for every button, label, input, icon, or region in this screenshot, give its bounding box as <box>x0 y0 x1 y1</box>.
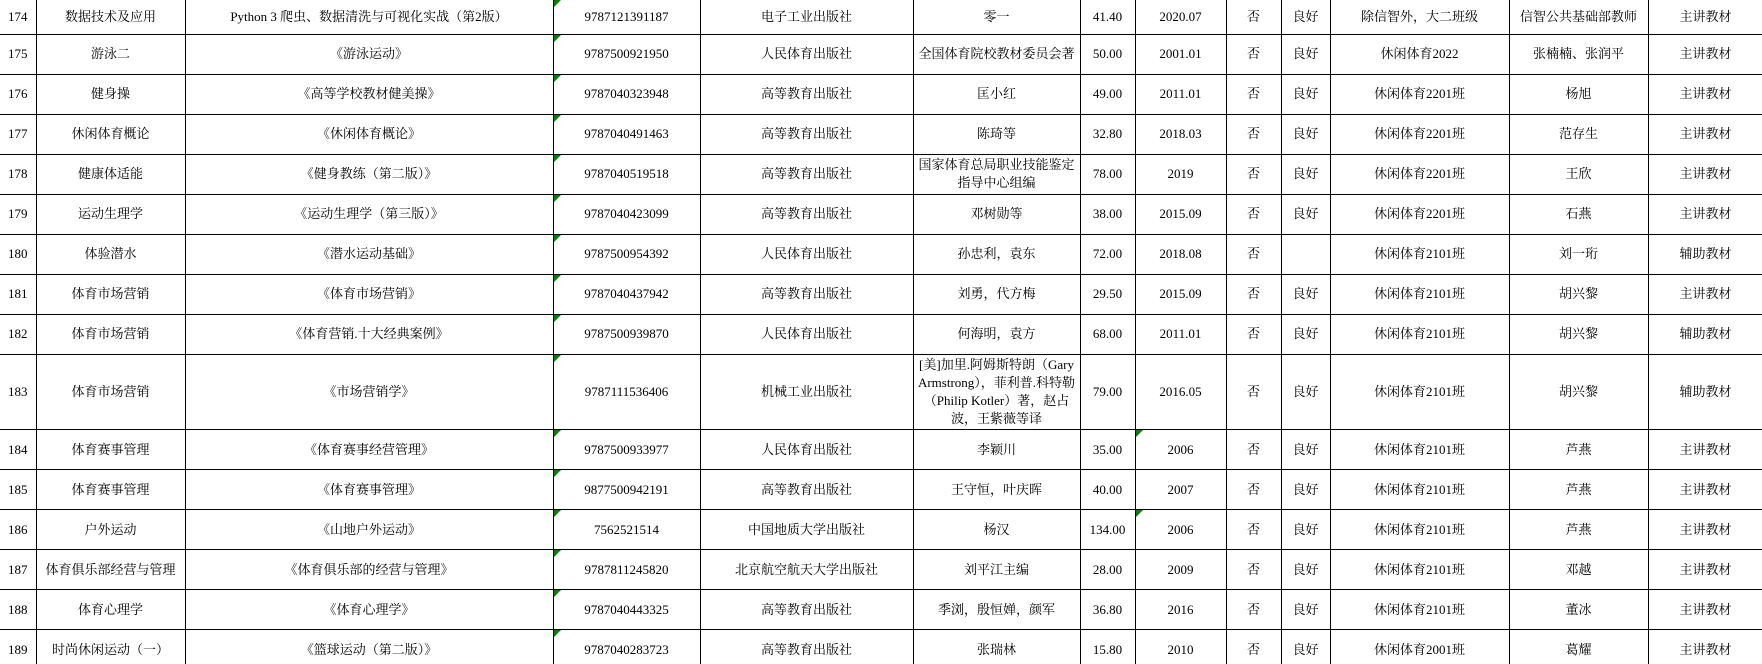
cell-author-text: 匡小红 <box>977 86 1016 101</box>
cell-repurchase-text: 否 <box>1247 562 1260 577</box>
cell-row-number-text: 177 <box>8 126 28 141</box>
cell-condition[interactable]: 良好 <box>1281 590 1330 630</box>
cell-repurchase-text: 否 <box>1247 442 1260 457</box>
cell-price[interactable]: 36.80 <box>1080 590 1135 630</box>
cell-isbn-text: 9787111536406 <box>585 384 669 399</box>
cell-isbn[interactable]: 9787040491463 <box>553 114 700 154</box>
cell-isbn[interactable]: 9787500939870 <box>553 314 700 354</box>
cell-material-type-text: 主讲教材 <box>1679 562 1731 577</box>
cell-author[interactable]: 邓树勋等 <box>913 194 1080 234</box>
cell-course-name[interactable]: 体育赛事管理 <box>36 470 185 510</box>
cell-row-number[interactable]: 181 <box>0 274 36 314</box>
cell-publisher[interactable]: 电子工业出版社 <box>700 0 913 34</box>
cell-publisher[interactable]: 人民体育出版社 <box>700 34 913 74</box>
cell-course-name[interactable]: 时尚休闲运动（一） <box>36 630 185 664</box>
cell-publish-date[interactable]: 2006 <box>1135 430 1226 470</box>
number-stored-as-text-flag-icon <box>554 75 561 82</box>
cell-book-title[interactable]: 《市场营销学》 <box>185 354 553 430</box>
cell-isbn[interactable]: 9787040423099 <box>553 194 700 234</box>
cell-teacher-name[interactable]: 芦燕 <box>1509 430 1648 470</box>
cell-row-number-text: 189 <box>8 642 28 657</box>
cell-isbn[interactable]: 9787811245820 <box>553 550 700 590</box>
cell-course-name[interactable]: 运动生理学 <box>36 194 185 234</box>
cell-repurchase-text: 否 <box>1247 384 1260 399</box>
cell-class-name[interactable]: 休闲体育2201班 <box>1330 74 1509 114</box>
cell-teacher-name[interactable]: 董冰 <box>1509 590 1648 630</box>
cell-material-type[interactable]: 主讲教材 <box>1648 74 1762 114</box>
number-stored-as-text-flag-icon <box>554 315 561 322</box>
cell-condition[interactable]: 良好 <box>1281 354 1330 430</box>
cell-isbn[interactable]: 9787500921950 <box>553 34 700 74</box>
cell-repurchase-text: 否 <box>1247 286 1260 301</box>
cell-class-name[interactable]: 休闲体育2101班 <box>1330 470 1509 510</box>
cell-price[interactable]: 38.00 <box>1080 194 1135 234</box>
cell-publish-date-text: 2016 <box>1168 602 1194 617</box>
cell-class-name[interactable]: 休闲体育2101班 <box>1330 354 1509 430</box>
cell-row-number[interactable]: 175 <box>0 34 36 74</box>
cell-row-number-text: 179 <box>8 206 28 221</box>
cell-class-name-text: 休闲体育2201班 <box>1374 206 1465 221</box>
cell-class-name[interactable]: 除信智外，大二班级 <box>1330 0 1509 34</box>
cell-row-number[interactable]: 183 <box>0 354 36 430</box>
cell-publisher[interactable]: 高等教育出版社 <box>700 630 913 664</box>
cell-price[interactable]: 72.00 <box>1080 234 1135 274</box>
cell-row-number[interactable]: 184 <box>0 430 36 470</box>
cell-publish-date[interactable]: 2001.01 <box>1135 34 1226 74</box>
cell-teacher-name[interactable]: 葛耀 <box>1509 630 1648 664</box>
cell-condition[interactable]: 良好 <box>1281 34 1330 74</box>
spreadsheet-viewport: 174数据技术及应用Python 3 爬虫、数据清洗与可视化实战（第2版）978… <box>0 0 1762 664</box>
cell-row-number[interactable]: 179 <box>0 194 36 234</box>
cell-course-name[interactable]: 体育心理学 <box>36 590 185 630</box>
cell-condition[interactable]: 良好 <box>1281 510 1330 550</box>
table-row: 181体育市场营销《体育市场营销》9787040437942高等教育出版社刘勇，… <box>0 274 1762 314</box>
cell-repurchase[interactable]: 否 <box>1226 194 1281 234</box>
cell-publisher[interactable]: 高等教育出版社 <box>700 470 913 510</box>
cell-book-title[interactable]: 《山地户外运动》 <box>185 510 553 550</box>
cell-publisher[interactable]: 高等教育出版社 <box>700 114 913 154</box>
cell-condition[interactable]: 良好 <box>1281 194 1330 234</box>
cell-material-type[interactable]: 主讲教材 <box>1648 470 1762 510</box>
cell-price-text: 134.00 <box>1090 522 1126 537</box>
cell-book-title-text: 《体育营销.十大经典案例》 <box>289 326 448 341</box>
cell-publisher-text: 人民体育出版社 <box>761 246 852 261</box>
cell-author[interactable]: 何海明，袁方 <box>913 314 1080 354</box>
cell-repurchase[interactable]: 否 <box>1226 590 1281 630</box>
cell-price[interactable]: 68.00 <box>1080 314 1135 354</box>
cell-course-name[interactable]: 体育俱乐部经营与管理 <box>36 550 185 590</box>
cell-publisher-text: 高等教育出版社 <box>761 286 852 301</box>
cell-material-type[interactable]: 主讲教材 <box>1648 34 1762 74</box>
cell-publisher[interactable]: 北京航空航天大学出版社 <box>700 550 913 590</box>
cell-author[interactable]: [美]加里.阿姆斯特朗（Gary Armstrong），菲利普.科特勒（Phil… <box>913 354 1080 430</box>
cell-class-name-text: 休闲体育2201班 <box>1374 86 1465 101</box>
cell-price[interactable]: 32.80 <box>1080 114 1135 154</box>
cell-publish-date[interactable]: 2011.01 <box>1135 314 1226 354</box>
cell-class-name[interactable]: 休闲体育2101班 <box>1330 510 1509 550</box>
cell-isbn[interactable]: 9787040437942 <box>553 274 700 314</box>
cell-class-name-text: 休闲体育2201班 <box>1374 166 1465 181</box>
cell-material-type[interactable]: 主讲教材 <box>1648 274 1762 314</box>
cell-book-title[interactable]: Python 3 爬虫、数据清洗与可视化实战（第2版） <box>185 0 553 34</box>
cell-author[interactable]: 季浏，殷恒婵，颜军 <box>913 590 1080 630</box>
cell-book-title-text: 《篮球运动（第二版）》 <box>301 642 438 657</box>
cell-material-type[interactable]: 主讲教材 <box>1648 154 1762 194</box>
cell-price-text: 32.80 <box>1093 126 1122 141</box>
cell-teacher-name-text: 信智公共基础部教师 <box>1520 9 1637 24</box>
cell-teacher-name-text: 刘一珩 <box>1559 246 1598 261</box>
cell-repurchase[interactable]: 否 <box>1226 354 1281 430</box>
cell-row-number[interactable]: 182 <box>0 314 36 354</box>
cell-book-title[interactable]: 《体育赛事管理》 <box>185 470 553 510</box>
cell-isbn[interactable]: 9787040323948 <box>553 74 700 114</box>
cell-material-type[interactable]: 主讲教材 <box>1648 0 1762 34</box>
cell-repurchase[interactable]: 否 <box>1226 0 1281 34</box>
cell-course-name-text: 体验潜水 <box>84 246 136 261</box>
cell-publish-date[interactable]: 2016.05 <box>1135 354 1226 430</box>
cell-repurchase[interactable]: 否 <box>1226 550 1281 590</box>
cell-book-title-text: 《健身教练（第二版）》 <box>301 166 438 181</box>
cell-material-type[interactable]: 主讲教材 <box>1648 430 1762 470</box>
cell-class-name[interactable]: 休闲体育2101班 <box>1330 430 1509 470</box>
cell-condition-text: 良好 <box>1292 46 1318 61</box>
cell-row-number[interactable]: 188 <box>0 590 36 630</box>
cell-publish-date[interactable]: 2015.09 <box>1135 274 1226 314</box>
cell-repurchase[interactable]: 否 <box>1226 154 1281 194</box>
cell-author[interactable]: 刘平江主编 <box>913 550 1080 590</box>
cell-material-type[interactable]: 主讲教材 <box>1648 194 1762 234</box>
cell-isbn-text: 7562521514 <box>594 522 659 537</box>
cell-author[interactable]: 全国体育院校教材委员会著 <box>913 34 1080 74</box>
cell-repurchase[interactable]: 否 <box>1226 234 1281 274</box>
cell-condition[interactable]: 良好 <box>1281 314 1330 354</box>
cell-class-name[interactable]: 休闲体育2201班 <box>1330 154 1509 194</box>
cell-repurchase[interactable]: 否 <box>1226 314 1281 354</box>
cell-repurchase[interactable]: 否 <box>1226 630 1281 664</box>
cell-row-number[interactable]: 178 <box>0 154 36 194</box>
cell-publisher[interactable]: 人民体育出版社 <box>700 234 913 274</box>
cell-publish-date[interactable]: 2006 <box>1135 510 1226 550</box>
cell-course-name[interactable]: 健身操 <box>36 74 185 114</box>
number-stored-as-text-flag-icon <box>554 0 561 7</box>
cell-class-name[interactable]: 休闲体育2101班 <box>1330 590 1509 630</box>
cell-class-name[interactable]: 休闲体育2201班 <box>1330 194 1509 234</box>
cell-row-number[interactable]: 177 <box>0 114 36 154</box>
cell-publish-date[interactable]: 2018.08 <box>1135 234 1226 274</box>
cell-publish-date-text: 2015.09 <box>1159 206 1201 221</box>
cell-book-title-text: 《体育赛事经营管理》 <box>304 442 434 457</box>
cell-book-title[interactable]: 《健身教练（第二版）》 <box>185 154 553 194</box>
cell-repurchase[interactable]: 否 <box>1226 470 1281 510</box>
cell-teacher-name[interactable]: 范存生 <box>1509 114 1648 154</box>
cell-price[interactable]: 78.00 <box>1080 154 1135 194</box>
cell-material-type[interactable]: 主讲教材 <box>1648 550 1762 590</box>
cell-row-number[interactable]: 176 <box>0 74 36 114</box>
cell-class-name-text: 休闲体育2101班 <box>1374 384 1465 399</box>
cell-price-text: 79.00 <box>1093 384 1122 399</box>
cell-price[interactable]: 28.00 <box>1080 550 1135 590</box>
cell-book-title[interactable]: 《体育心理学》 <box>185 590 553 630</box>
cell-teacher-name[interactable]: 胡兴黎 <box>1509 314 1648 354</box>
cell-publisher[interactable]: 人民体育出版社 <box>700 430 913 470</box>
cell-course-name[interactable]: 体育市场营销 <box>36 354 185 430</box>
cell-row-number-text: 187 <box>8 562 28 577</box>
number-stored-as-text-flag-icon <box>1136 430 1143 437</box>
cell-publish-date[interactable]: 2020.07 <box>1135 0 1226 34</box>
cell-condition-text: 良好 <box>1292 384 1318 399</box>
cell-publisher-text: 高等教育出版社 <box>761 206 852 221</box>
cell-course-name-text: 运动生理学 <box>78 206 143 221</box>
cell-condition[interactable]: 良好 <box>1281 154 1330 194</box>
cell-price[interactable]: 29.50 <box>1080 274 1135 314</box>
cell-teacher-name-text: 杨旭 <box>1565 86 1591 101</box>
cell-teacher-name[interactable]: 信智公共基础部教师 <box>1509 0 1648 34</box>
cell-author-text: 杨汉 <box>983 522 1009 537</box>
cell-condition[interactable]: 良好 <box>1281 430 1330 470</box>
cell-publish-date[interactable]: 2010 <box>1135 630 1226 664</box>
cell-class-name[interactable]: 休闲体育2101班 <box>1330 314 1509 354</box>
cell-isbn[interactable]: 9787040519518 <box>553 154 700 194</box>
cell-class-name[interactable]: 休闲体育2022 <box>1330 34 1509 74</box>
cell-isbn[interactable]: 7562521514 <box>553 510 700 550</box>
number-stored-as-text-flag-icon <box>554 115 561 122</box>
cell-isbn-text: 9787121391187 <box>584 9 668 24</box>
cell-author[interactable]: 杨汉 <box>913 510 1080 550</box>
cell-isbn-text: 9877500942191 <box>584 482 669 497</box>
cell-row-number-text: 184 <box>8 442 28 457</box>
cell-author[interactable]: 刘勇，代方梅 <box>913 274 1080 314</box>
cell-book-title[interactable]: 《体育市场营销》 <box>185 274 553 314</box>
cell-repurchase[interactable]: 否 <box>1226 34 1281 74</box>
cell-course-name-text: 时尚休闲运动（一） <box>52 642 169 657</box>
cell-publish-date[interactable]: 2018.03 <box>1135 114 1226 154</box>
cell-condition[interactable]: 良好 <box>1281 74 1330 114</box>
cell-book-title[interactable]: 《运动生理学（第三版）》 <box>185 194 553 234</box>
cell-book-title[interactable]: 《篮球运动（第二版）》 <box>185 630 553 664</box>
cell-publish-date[interactable]: 2009 <box>1135 550 1226 590</box>
cell-course-name[interactable]: 休闲体育概论 <box>36 114 185 154</box>
cell-publish-date[interactable]: 2015.09 <box>1135 194 1226 234</box>
cell-material-type[interactable]: 辅助教材 <box>1648 234 1762 274</box>
cell-price[interactable]: 79.00 <box>1080 354 1135 430</box>
cell-isbn[interactable]: 9787040443325 <box>553 590 700 630</box>
cell-row-number-text: 176 <box>8 86 28 101</box>
cell-material-type[interactable]: 主讲教材 <box>1648 630 1762 664</box>
cell-teacher-name[interactable]: 石燕 <box>1509 194 1648 234</box>
table-row: 178健康体适能《健身教练（第二版）》9787040519518高等教育出版社国… <box>0 154 1762 194</box>
cell-book-title-text: 《体育市场营销》 <box>317 286 421 301</box>
cell-publish-date[interactable]: 2019 <box>1135 154 1226 194</box>
cell-book-title-text: 《体育赛事管理》 <box>317 482 421 497</box>
cell-publisher-text: 高等教育出版社 <box>761 86 852 101</box>
cell-teacher-name-text: 胡兴黎 <box>1559 286 1598 301</box>
cell-course-name[interactable]: 健康体适能 <box>36 154 185 194</box>
cell-row-number-text: 178 <box>8 166 28 181</box>
cell-teacher-name[interactable]: 刘一珩 <box>1509 234 1648 274</box>
cell-price-text: 72.00 <box>1093 246 1122 261</box>
cell-book-title-text: Python 3 爬虫、数据清洗与可视化实战（第2版） <box>230 9 507 24</box>
cell-repurchase-text: 否 <box>1247 86 1260 101</box>
cell-author-text: 刘平江主编 <box>964 562 1029 577</box>
cell-price[interactable]: 40.00 <box>1080 470 1135 510</box>
cell-price[interactable]: 134.00 <box>1080 510 1135 550</box>
cell-teacher-name[interactable]: 张楠楠、张润平 <box>1509 34 1648 74</box>
cell-author[interactable]: 国家体育总局职业技能鉴定指导中心组编 <box>913 154 1080 194</box>
cell-publisher-text: 人民体育出版社 <box>761 442 852 457</box>
cell-condition[interactable]: 良好 <box>1281 0 1330 34</box>
cell-row-number-text: 180 <box>8 246 28 261</box>
cell-book-title[interactable]: 《休闲体育概论》 <box>185 114 553 154</box>
cell-author[interactable]: 孙忠利，袁东 <box>913 234 1080 274</box>
cell-class-name[interactable]: 休闲体育2001班 <box>1330 630 1509 664</box>
cell-class-name[interactable]: 休闲体育2201班 <box>1330 114 1509 154</box>
cell-condition[interactable]: 良好 <box>1281 470 1330 510</box>
cell-material-type[interactable]: 主讲教材 <box>1648 590 1762 630</box>
cell-condition[interactable] <box>1281 234 1330 274</box>
cell-material-type[interactable]: 主讲教材 <box>1648 510 1762 550</box>
cell-publisher[interactable]: 高等教育出版社 <box>700 154 913 194</box>
cell-author[interactable]: 李颖川 <box>913 430 1080 470</box>
cell-author[interactable]: 陈琦等 <box>913 114 1080 154</box>
cell-condition[interactable]: 良好 <box>1281 114 1330 154</box>
cell-class-name[interactable]: 休闲体育2101班 <box>1330 274 1509 314</box>
cell-teacher-name[interactable]: 胡兴黎 <box>1509 274 1648 314</box>
cell-price[interactable]: 41.40 <box>1080 0 1135 34</box>
cell-class-name[interactable]: 休闲体育2101班 <box>1330 234 1509 274</box>
cell-author-text: 王守恒，叶庆晖 <box>951 482 1042 497</box>
cell-author-text: 全国体育院校教材委员会著 <box>918 46 1074 61</box>
cell-row-number[interactable]: 174 <box>0 0 36 34</box>
cell-course-name[interactable]: 数据技术及应用 <box>36 0 185 34</box>
cell-book-title-text: 《体育心理学》 <box>323 602 414 617</box>
cell-material-type[interactable]: 辅助教材 <box>1648 354 1762 430</box>
cell-class-name-text: 休闲体育2101班 <box>1374 522 1465 537</box>
cell-condition-text: 良好 <box>1292 482 1318 497</box>
cell-repurchase[interactable]: 否 <box>1226 430 1281 470</box>
cell-publish-date[interactable]: 2007 <box>1135 470 1226 510</box>
cell-publisher[interactable]: 人民体育出版社 <box>700 314 913 354</box>
cell-isbn-text: 9787040423099 <box>584 206 669 221</box>
cell-repurchase[interactable]: 否 <box>1226 114 1281 154</box>
cell-book-title[interactable]: 《潜水运动基础》 <box>185 234 553 274</box>
cell-course-name[interactable]: 体育市场营销 <box>36 314 185 354</box>
cell-publisher[interactable]: 高等教育出版社 <box>700 274 913 314</box>
cell-repurchase-text: 否 <box>1247 482 1260 497</box>
cell-isbn[interactable]: 9787500954392 <box>553 234 700 274</box>
cell-publisher[interactable]: 高等教育出版社 <box>700 194 913 234</box>
cell-course-name-text: 休闲体育概论 <box>71 126 149 141</box>
cell-repurchase[interactable]: 否 <box>1226 274 1281 314</box>
cell-isbn[interactable]: 9877500942191 <box>553 470 700 510</box>
cell-teacher-name[interactable]: 芦燕 <box>1509 510 1648 550</box>
cell-teacher-name-text: 张楠楠、张润平 <box>1533 46 1624 61</box>
cell-row-number[interactable]: 187 <box>0 550 36 590</box>
cell-isbn-text: 9787040437942 <box>584 286 669 301</box>
cell-teacher-name[interactable]: 王欣 <box>1509 154 1648 194</box>
cell-isbn[interactable]: 9787500933977 <box>553 430 700 470</box>
cell-publisher[interactable]: 高等教育出版社 <box>700 590 913 630</box>
cell-book-title[interactable]: 《游泳运动》 <box>185 34 553 74</box>
cell-teacher-name[interactable]: 胡兴黎 <box>1509 354 1648 430</box>
cell-course-name[interactable]: 体育赛事管理 <box>36 430 185 470</box>
cell-material-type-text: 主讲教材 <box>1679 9 1731 24</box>
cell-row-number[interactable]: 186 <box>0 510 36 550</box>
cell-course-name-text: 体育心理学 <box>78 602 143 617</box>
cell-condition[interactable]: 良好 <box>1281 274 1330 314</box>
cell-teacher-name-text: 石燕 <box>1565 206 1591 221</box>
cell-repurchase[interactable]: 否 <box>1226 74 1281 114</box>
cell-course-name[interactable]: 游泳二 <box>36 34 185 74</box>
number-stored-as-text-flag-icon <box>554 275 561 282</box>
cell-author[interactable]: 匡小红 <box>913 74 1080 114</box>
cell-publish-date-text: 2006 <box>1168 442 1194 457</box>
cell-isbn[interactable]: 9787040283723 <box>553 630 700 664</box>
cell-publish-date-text: 2018.08 <box>1159 246 1201 261</box>
cell-course-name[interactable]: 户外运动 <box>36 510 185 550</box>
cell-publisher[interactable]: 中国地质大学出版社 <box>700 510 913 550</box>
cell-course-name[interactable]: 体育市场营销 <box>36 274 185 314</box>
cell-author[interactable]: 张瑞林 <box>913 630 1080 664</box>
cell-teacher-name-text: 范存生 <box>1559 126 1598 141</box>
cell-book-title-text: 《市场营销学》 <box>323 384 414 399</box>
cell-price-text: 15.80 <box>1093 642 1122 657</box>
cell-price[interactable]: 35.00 <box>1080 430 1135 470</box>
cell-isbn-text: 9787040323948 <box>584 86 669 101</box>
cell-material-type[interactable]: 辅助教材 <box>1648 314 1762 354</box>
cell-row-number-text: 183 <box>8 384 28 399</box>
cell-class-name[interactable]: 休闲体育2101班 <box>1330 550 1509 590</box>
cell-row-number-text: 181 <box>8 286 28 301</box>
cell-price-text: 28.00 <box>1093 562 1122 577</box>
cell-repurchase[interactable]: 否 <box>1226 510 1281 550</box>
cell-teacher-name[interactable]: 邓越 <box>1509 550 1648 590</box>
cell-condition[interactable]: 良好 <box>1281 630 1330 664</box>
cell-price-text: 41.40 <box>1093 9 1122 24</box>
cell-class-name-text: 休闲体育2101班 <box>1374 246 1465 261</box>
cell-course-name[interactable]: 体验潜水 <box>36 234 185 274</box>
cell-author[interactable]: 王守恒，叶庆晖 <box>913 470 1080 510</box>
cell-price[interactable]: 50.00 <box>1080 34 1135 74</box>
cell-condition[interactable]: 良好 <box>1281 550 1330 590</box>
cell-isbn[interactable]: 9787111536406 <box>553 354 700 430</box>
cell-author-text: 季浏，殷恒婵，颜军 <box>938 602 1055 617</box>
cell-author-text: 刘勇，代方梅 <box>957 286 1035 301</box>
cell-publisher[interactable]: 高等教育出版社 <box>700 74 913 114</box>
cell-row-number[interactable]: 189 <box>0 630 36 664</box>
cell-teacher-name[interactable]: 杨旭 <box>1509 74 1648 114</box>
cell-book-title[interactable]: 《体育俱乐部的经营与管理》 <box>185 550 553 590</box>
cell-book-title[interactable]: 《体育赛事经营管理》 <box>185 430 553 470</box>
cell-price[interactable]: 15.80 <box>1080 630 1135 664</box>
cell-book-title[interactable]: 《体育营销.十大经典案例》 <box>185 314 553 354</box>
cell-teacher-name[interactable]: 芦燕 <box>1509 470 1648 510</box>
cell-book-title[interactable]: 《高等学校教材健美操》 <box>185 74 553 114</box>
cell-row-number[interactable]: 180 <box>0 234 36 274</box>
cell-publisher[interactable]: 机械工业出版社 <box>700 354 913 430</box>
cell-publisher-text: 高等教育出版社 <box>761 166 852 181</box>
cell-publish-date-text: 2018.03 <box>1159 126 1201 141</box>
cell-material-type-text: 主讲教材 <box>1679 166 1731 181</box>
cell-publish-date[interactable]: 2016 <box>1135 590 1226 630</box>
cell-isbn[interactable]: 9787121391187 <box>553 0 700 34</box>
cell-course-name-text: 体育俱乐部经营与管理 <box>45 562 175 577</box>
cell-author[interactable]: 零一 <box>913 0 1080 34</box>
cell-price[interactable]: 49.00 <box>1080 74 1135 114</box>
cell-material-type[interactable]: 主讲教材 <box>1648 114 1762 154</box>
cell-row-number[interactable]: 185 <box>0 470 36 510</box>
cell-author-text: 零一 <box>983 9 1009 24</box>
cell-publish-date[interactable]: 2011.01 <box>1135 74 1226 114</box>
